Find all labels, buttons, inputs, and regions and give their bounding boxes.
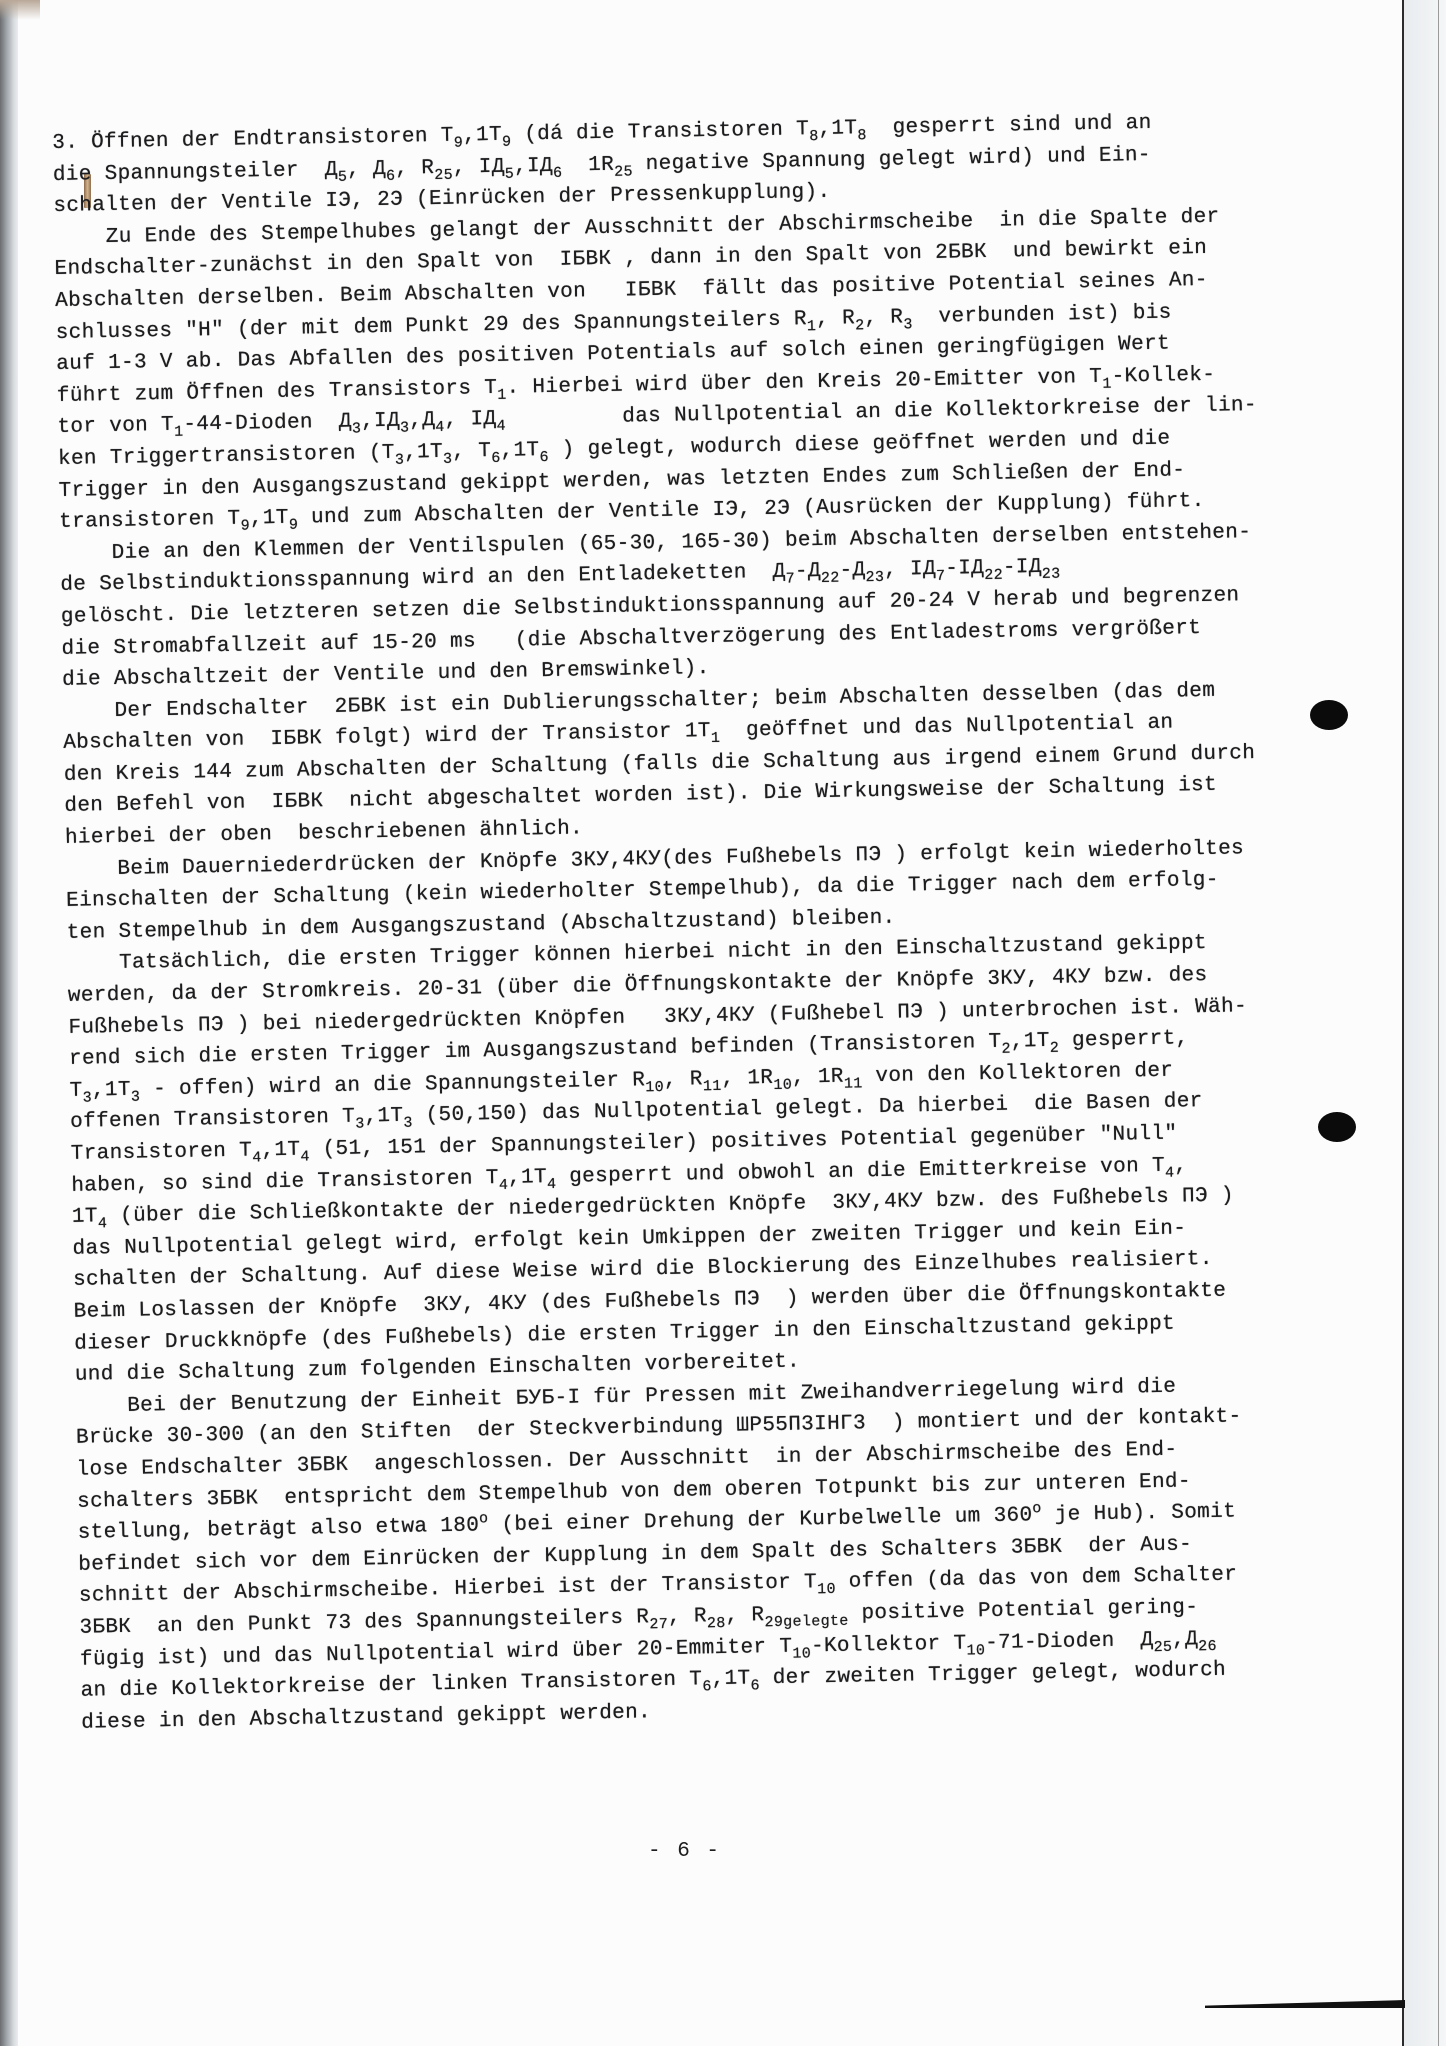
typed-body-text: 3. Öffnen der Endtransistoren T9,1T9 (dá… <box>52 106 1301 1739</box>
punch-hole-lower <box>1318 1112 1356 1142</box>
scan-edge-right <box>1404 0 1446 2046</box>
scan-edge-right-line <box>1438 0 1439 2046</box>
scan-edge-shadow <box>0 0 40 20</box>
punch-hole-upper <box>1310 700 1348 730</box>
page-number: - 6 - <box>648 1840 721 1863</box>
scan-edge-left <box>0 0 20 2046</box>
